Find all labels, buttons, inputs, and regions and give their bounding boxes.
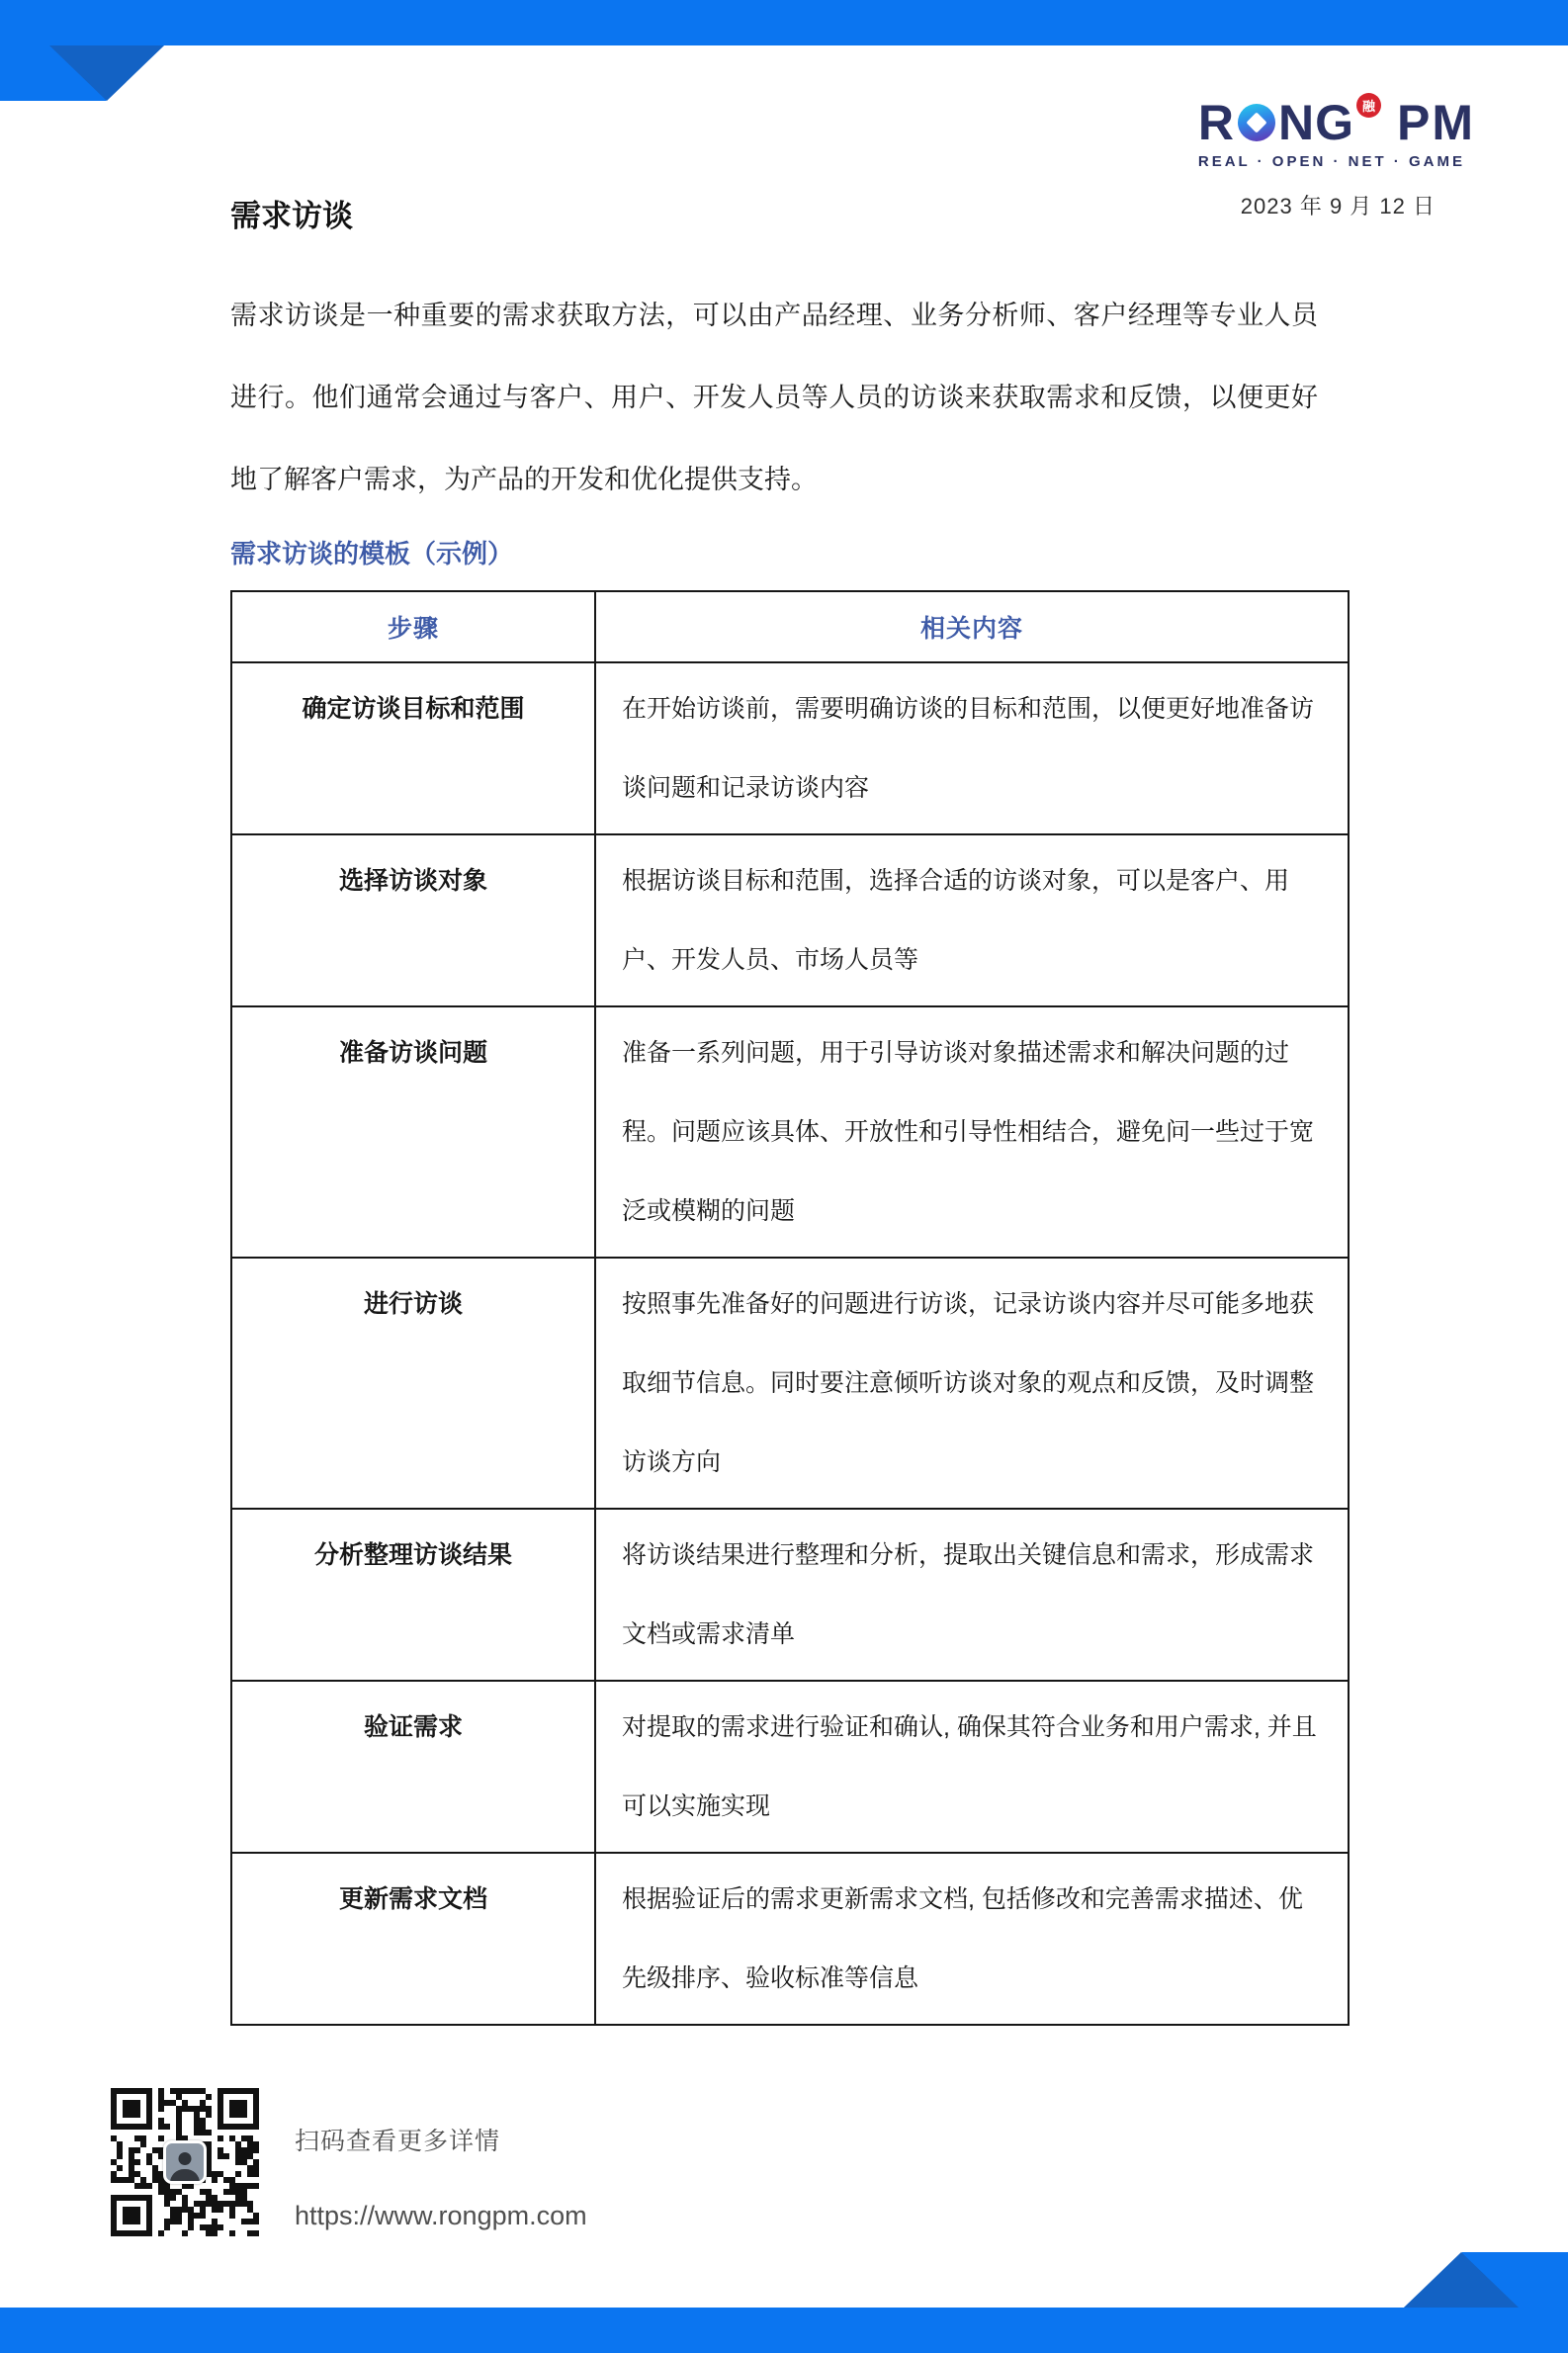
brand-suffix: PM bbox=[1397, 99, 1475, 146]
step-cell: 选择访谈对象 bbox=[231, 834, 595, 1006]
table-header-row: 步骤 相关内容 bbox=[231, 591, 1349, 662]
step-cell: 进行访谈 bbox=[231, 1258, 595, 1509]
footer-qr-section: 扫码查看更多详情 https://www.rongpm.com bbox=[111, 2088, 587, 2236]
content-cell: 按照事先准备好的问题进行访谈，记录访谈内容并尽可能多地获取细节信息。同时要注意倾… bbox=[595, 1258, 1349, 1509]
top-decoration-band bbox=[0, 0, 1568, 109]
table-row: 验证需求 对提取的需求进行验证和确认, 确保其符合业务和用户需求, 并且可以实施… bbox=[231, 1681, 1349, 1853]
intro-paragraph: 需求访谈是一种重要的需求获取方法，可以由产品经理、业务分析师、客户经理等专业人员… bbox=[230, 275, 1318, 521]
main-content: 需求访谈 需求访谈是一种重要的需求获取方法，可以由产品经理、业务分析师、客户经理… bbox=[230, 196, 1357, 2026]
content-cell: 在开始访谈前，需要明确访谈的目标和范围，以便更好地准备访谈问题和记录访谈内容 bbox=[595, 662, 1349, 834]
brand-word: RNG bbox=[1198, 99, 1354, 146]
qr-avatar bbox=[163, 2140, 207, 2184]
site-url[interactable]: https://www.rongpm.com bbox=[295, 2201, 587, 2231]
brand-letter-r: R bbox=[1198, 99, 1235, 146]
table-row: 准备访谈问题 准备一系列问题，用于引导访谈对象描述需求和解决问题的过程。问题应该… bbox=[231, 1006, 1349, 1258]
qr-caption: 扫码查看更多详情 bbox=[295, 2122, 587, 2157]
section-subtitle: 需求访谈的模板（示例） bbox=[230, 533, 1357, 574]
header-content: 相关内容 bbox=[595, 591, 1349, 662]
content-cell: 根据验证后的需求更新需求文档, 包括修改和完善需求描述、优先级排序、验收标准等信… bbox=[595, 1853, 1349, 2025]
brand-letters-ng: NG bbox=[1278, 99, 1354, 146]
step-cell: 分析整理访谈结果 bbox=[231, 1509, 595, 1681]
content-cell: 根据访谈目标和范围，选择合适的访谈对象，可以是客户、用户、开发人员、市场人员等 bbox=[595, 834, 1349, 1006]
document-page: RNG 融 PM REAL · OPEN · NET · GAME 2023 年… bbox=[0, 0, 1568, 2353]
step-cell: 更新需求文档 bbox=[231, 1853, 595, 2025]
page-title: 需求访谈 bbox=[230, 196, 1357, 237]
step-cell: 确定访谈目标和范围 bbox=[231, 662, 595, 834]
person-body-icon bbox=[170, 2169, 200, 2184]
brand-badge-icon: 融 bbox=[1356, 93, 1381, 118]
bottom-decoration-band bbox=[0, 2244, 1568, 2353]
table-row: 进行访谈 按照事先准备好的问题进行访谈，记录访谈内容并尽可能多地获取细节信息。同… bbox=[231, 1258, 1349, 1509]
diamond-icon bbox=[1246, 112, 1266, 132]
table-row: 确定访谈目标和范围 在开始访谈前，需要明确访谈的目标和范围，以便更好地准备访谈问… bbox=[231, 662, 1349, 834]
brand-o-icon bbox=[1238, 104, 1275, 141]
content-cell: 将访谈结果进行整理和分析，提取出关键信息和需求，形成需求文档或需求清单 bbox=[595, 1509, 1349, 1681]
content-cell: 对提取的需求进行验证和确认, 确保其符合业务和用户需求, 并且可以实施实现 bbox=[595, 1681, 1349, 1853]
step-cell: 验证需求 bbox=[231, 1681, 595, 1853]
table-row: 分析整理访谈结果 将访谈结果进行整理和分析，提取出关键信息和需求，形成需求文档或… bbox=[231, 1509, 1349, 1681]
qr-code bbox=[111, 2088, 259, 2236]
content-cell: 准备一系列问题，用于引导访谈对象描述需求和解决问题的过程。问题应该具体、开放性和… bbox=[595, 1006, 1349, 1258]
step-cell: 准备访谈问题 bbox=[231, 1006, 595, 1258]
interview-template-table: 步骤 相关内容 确定访谈目标和范围 在开始访谈前，需要明确访谈的目标和范围，以便… bbox=[230, 590, 1350, 2026]
table-row: 更新需求文档 根据验证后的需求更新需求文档, 包括修改和完善需求描述、优先级排序… bbox=[231, 1853, 1349, 2025]
brand-logo: RNG 融 PM REAL · OPEN · NET · GAME bbox=[1198, 99, 1475, 170]
table-row: 选择访谈对象 根据访谈目标和范围，选择合适的访谈对象，可以是客户、用户、开发人员… bbox=[231, 834, 1349, 1006]
person-head-icon bbox=[179, 2152, 192, 2165]
header-step: 步骤 bbox=[231, 591, 595, 662]
brand-tagline: REAL · OPEN · NET · GAME bbox=[1198, 153, 1475, 170]
